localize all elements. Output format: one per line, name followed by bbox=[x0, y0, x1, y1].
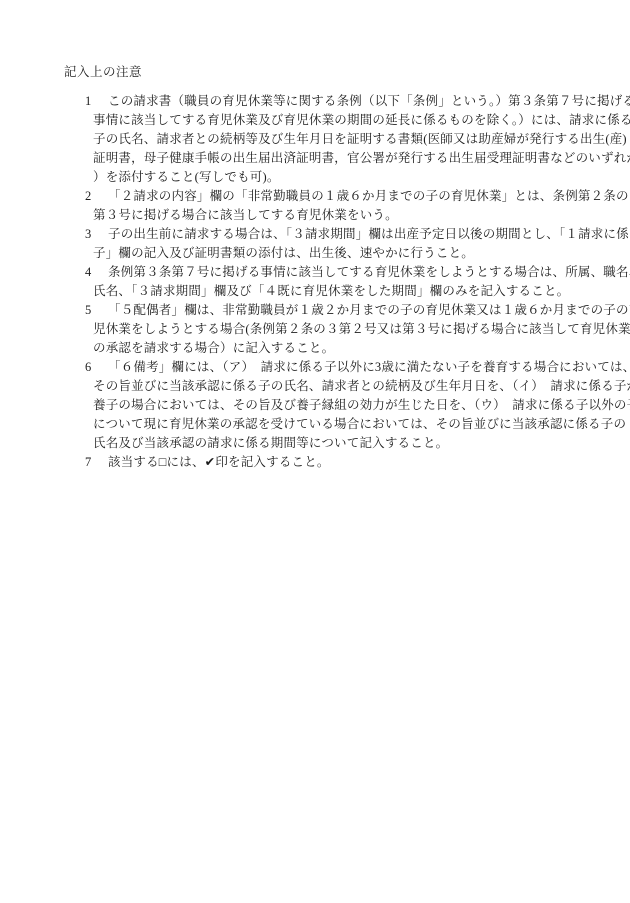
note-item-2: 2 「２請求の内容」欄の「非常勤職員の１歳６か月までの子の育児休業」とは、条例第… bbox=[64, 187, 592, 225]
note-line: 子の氏名、請求者との続柄等及び生年月日を証明する書類(医師又は助産婦が発行する出… bbox=[93, 130, 592, 149]
page-title: 記入上の注意 bbox=[64, 63, 592, 82]
item-number: 4 bbox=[85, 263, 91, 282]
note-line: この請求書（職員の育児休業等に関する条例（以下「条例」という。）第３条第７号に掲… bbox=[93, 92, 592, 111]
item-number: 3 bbox=[85, 225, 91, 244]
note-item-1: 1 この請求書（職員の育児休業等に関する条例（以下「条例」という。）第３条第７号… bbox=[64, 92, 592, 187]
note-line: 養子の場合においては、その旨及び養子縁組の効力が生じた日を、（ウ） 請求に係る子… bbox=[93, 396, 592, 415]
note-line: 氏名及び当該承認の請求に係る期間等について記入すること。 bbox=[93, 434, 592, 453]
note-line: 児休業をしようとする場合(条例第２条の３第２号又は第３号に掲げる場合に該当して育… bbox=[93, 320, 592, 339]
note-line: 第３号に掲げる場合に該当してする育児休業をいう。 bbox=[93, 206, 592, 225]
note-line: 「２請求の内容」欄の「非常勤職員の１歳６か月までの子の育児休業」とは、条例第２条… bbox=[93, 187, 592, 206]
note-item-3: 3 子の出生前に請求する場合は、「３請求期間」欄は出産予定日以後の期間とし、「１… bbox=[64, 225, 592, 263]
item-number: 2 bbox=[85, 187, 91, 206]
note-item-7: 7 該当する□には、✔印を記入すること。 bbox=[64, 453, 592, 472]
note-item-4: 4 条例第３条第７号に掲げる事情に該当してする育児休業をしようとする場合は、所属… bbox=[64, 263, 592, 301]
note-line: 条例第３条第７号に掲げる事情に該当してする育児休業をしようとする場合は、所属、職… bbox=[93, 263, 592, 282]
item-number: 6 bbox=[85, 358, 91, 377]
note-line: 氏名、「３請求期間」欄及び「４既に育児休業をした期間」欄のみを記入すること。 bbox=[93, 282, 592, 301]
note-line: 「５配偶者」欄は、非常勤職員が１歳２か月までの子の育児休業又は１歳６か月までの子… bbox=[93, 301, 592, 320]
note-line: 子の出生前に請求する場合は、「３請求期間」欄は出産予定日以後の期間とし、「１請求… bbox=[93, 225, 592, 244]
note-item-5: 5 「５配偶者」欄は、非常勤職員が１歳２か月までの子の育児休業又は１歳６か月まで… bbox=[64, 301, 592, 358]
item-number: 7 bbox=[85, 453, 91, 472]
note-line: 「６備考」欄には、（ア） 請求に係る子以外に3歳に満たない子を養育する場合におい… bbox=[93, 358, 592, 377]
note-line: ）を添付すること(写しでも可)。 bbox=[93, 168, 592, 187]
note-line: について現に育児休業の承認を受けている場合においては、その旨並びに当該承認に係る… bbox=[93, 415, 592, 434]
document-page: 記入上の注意 1 この請求書（職員の育児休業等に関する条例（以下「条例」という。… bbox=[0, 0, 630, 903]
note-line: その旨並びに当該承認に係る子の氏名、請求者との続柄及び生年月日を、（イ） 請求に… bbox=[93, 377, 592, 396]
note-item-6: 6 「６備考」欄には、（ア） 請求に係る子以外に3歳に満たない子を養育する場合に… bbox=[64, 358, 592, 453]
note-line: 事情に該当してする育児休業及び育児休業の期間の延長に係るものを除く。）には、請求… bbox=[93, 111, 592, 130]
note-line: 該当する□には、✔印を記入すること。 bbox=[93, 453, 592, 472]
item-number: 1 bbox=[85, 92, 91, 111]
item-number: 5 bbox=[85, 301, 91, 320]
note-line: 証明書，母子健康手帳の出生届出済証明書，官公署が発行する出生届受理証明書などのい… bbox=[93, 149, 592, 168]
note-line: 子」欄の記入及び証明書類の添付は、出生後、速やかに行うこと。 bbox=[93, 244, 592, 263]
note-line: の承認を請求する場合）に記入すること。 bbox=[93, 339, 592, 358]
